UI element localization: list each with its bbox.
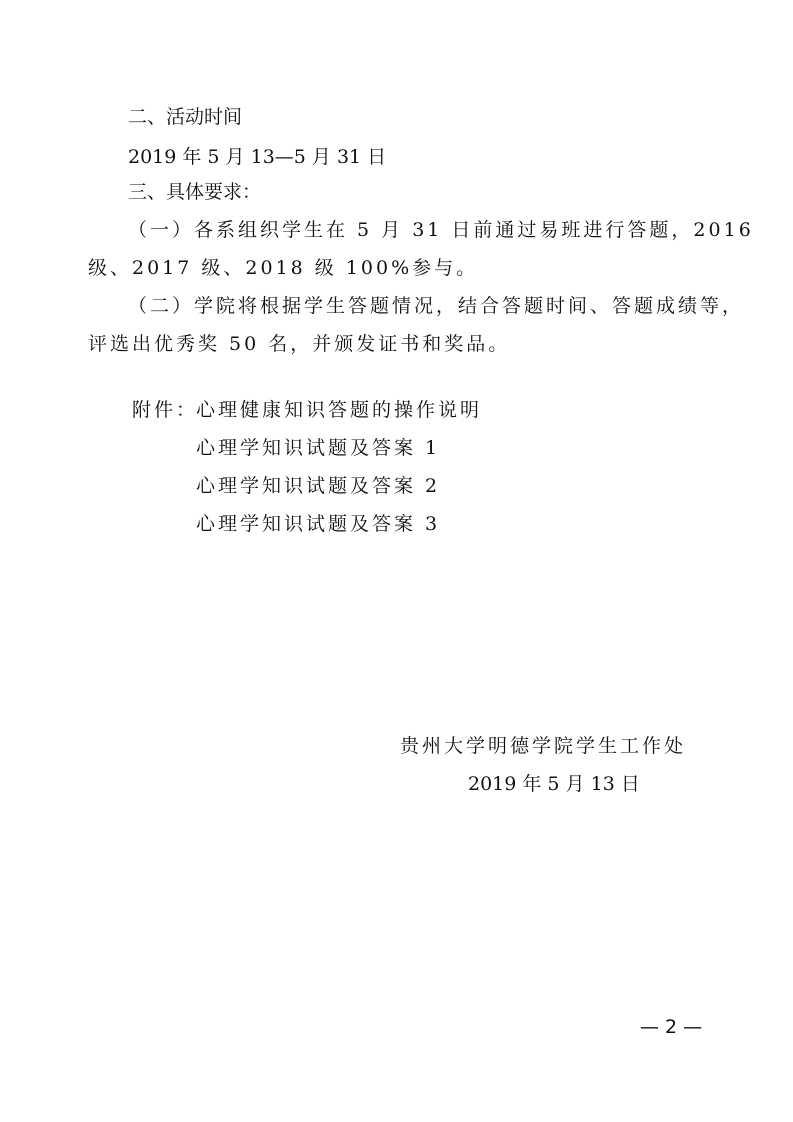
attachment-item: 心理学知识试题及答案 3 <box>196 512 440 536</box>
section-heading-activity-time: 二、活动时间 <box>128 105 242 129</box>
attachment-item: 心理健康知识答题的操作说明 <box>196 398 482 422</box>
requirement-1-line-1: （一）各系组织学生在 5 月 31 日前通过易班进行答题，2016 <box>128 218 754 242</box>
requirement-2-line-1: （二）学院将根据学生答题情况，结合答题时间、答题成绩等， <box>128 294 744 318</box>
attachments-label: 附件： <box>132 398 198 422</box>
requirement-1-line-2: 级、2017 级、2018 级 100%参与。 <box>88 256 478 280</box>
requirement-2-line-2: 评选出优秀奖 50 名，并颁发证书和奖品。 <box>88 332 510 356</box>
section-heading-requirements: 三、具体要求： <box>128 180 261 204</box>
page-number: — 2 — <box>640 1016 702 1038</box>
attachment-item: 心理学知识试题及答案 2 <box>196 474 440 498</box>
signature-date: 2019 年 5 月 13 日 <box>468 772 640 796</box>
signature-organization: 贵州大学明德学院学生工作处 <box>400 734 686 758</box>
attachment-item: 心理学知识试题及答案 1 <box>196 436 440 460</box>
activity-date-range: 2019 年 5 月 13—5 月 31 日 <box>128 145 386 169</box>
